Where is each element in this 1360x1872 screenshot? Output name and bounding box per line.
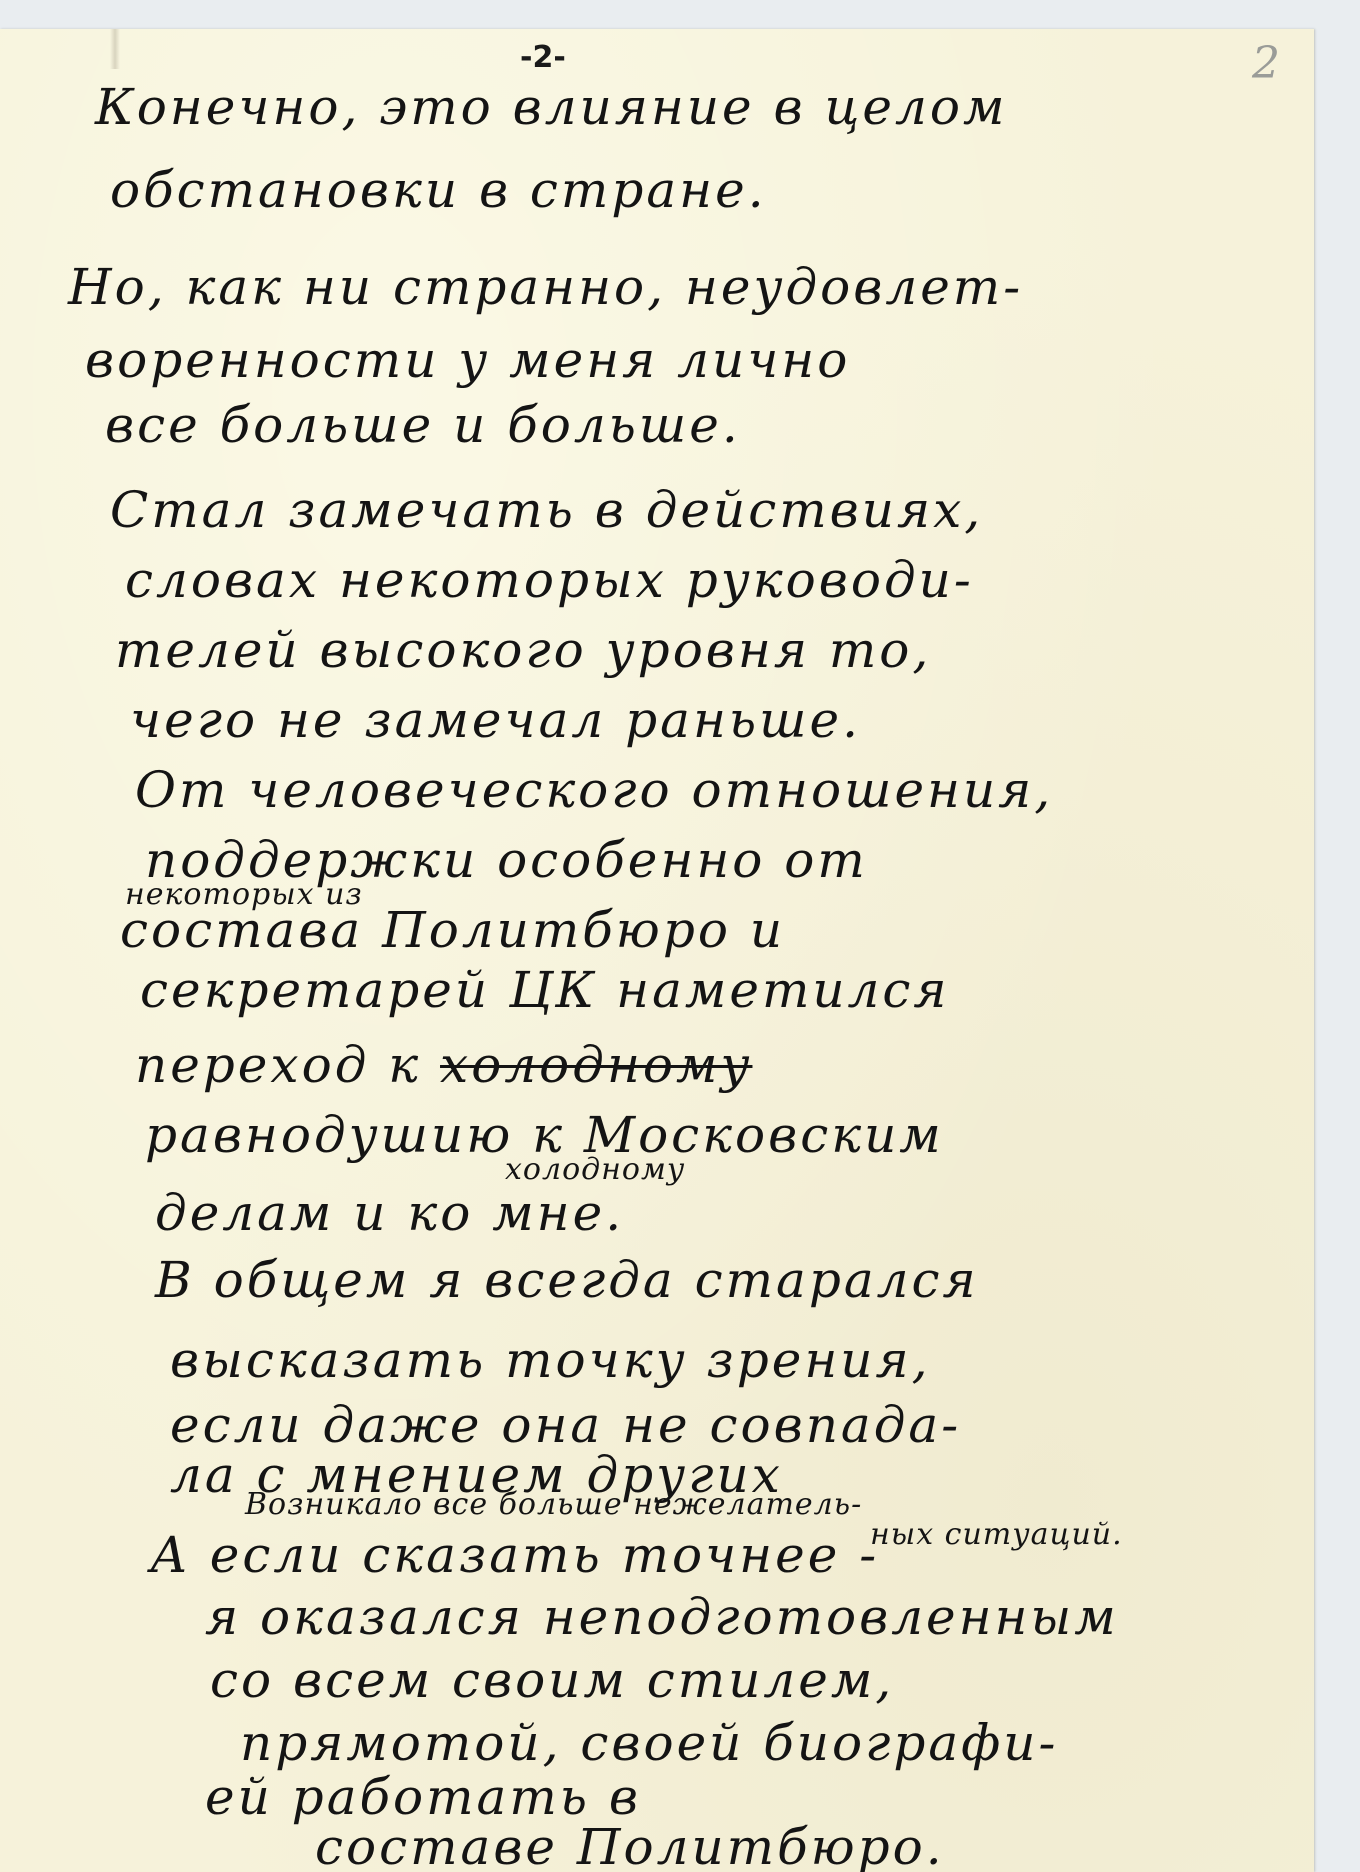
page-number-header: -2- (520, 40, 566, 75)
handwritten-line: переход к холодному (135, 1040, 752, 1090)
handwritten-insertion: Возникало все больше нежелатель- (245, 1490, 862, 1520)
handwritten-line: А если сказать точнее - (150, 1530, 879, 1580)
handwritten-line: обстановки в стране. (110, 165, 767, 215)
handwritten-line: со всем своим стилем, (210, 1655, 894, 1705)
handwritten-line: Но, как ни странно, неудовлет- (68, 262, 1023, 312)
handwritten-line: воренности у меня лично (85, 335, 850, 385)
handwritten-line: словах некоторых руководи- (125, 555, 974, 605)
pencil-folio-number: 2 (1252, 38, 1280, 89)
handwritten-line: все больше и больше. (105, 400, 741, 450)
handwritten-line: делам и ко мне. (155, 1188, 624, 1238)
handwritten-line: Стал замечать в действиях, (110, 485, 983, 535)
struck-through-word: холодному (440, 1036, 752, 1094)
handwritten-line: если даже она не совпада- (170, 1400, 961, 1450)
handwritten-line: составе Политбюро. (315, 1822, 945, 1872)
handwritten-line: я оказался неподготовленным (205, 1592, 1119, 1642)
handwritten-line: Конечно, это влияние в целом (95, 82, 1007, 132)
line-text: переход к (135, 1036, 440, 1094)
handwritten-line: В общем я всегда старался (155, 1255, 979, 1305)
handwritten-line: телей высокого уровня то, (115, 625, 931, 675)
scanned-document: -2- 2 Конечно, это влияние в целом обста… (0, 0, 1360, 1872)
handwritten-line: секретарей ЦК наметился (140, 965, 950, 1015)
handwritten-line: прямотой, своей биографи- (240, 1718, 1058, 1768)
handwritten-line: состава Политбюро и (120, 905, 785, 955)
handwritten-line: От человеческого отношения, (135, 765, 1053, 815)
handwritten-line: высказать точку зрения, (170, 1335, 930, 1385)
handwritten-insertion: ных ситуаций. (870, 1520, 1123, 1550)
handwritten-line: ей работать в (205, 1772, 641, 1822)
handwritten-insertion: холодному (505, 1155, 685, 1185)
paper-fold-mark (110, 29, 120, 69)
handwritten-line: чего не замечал раньше. (130, 695, 861, 745)
